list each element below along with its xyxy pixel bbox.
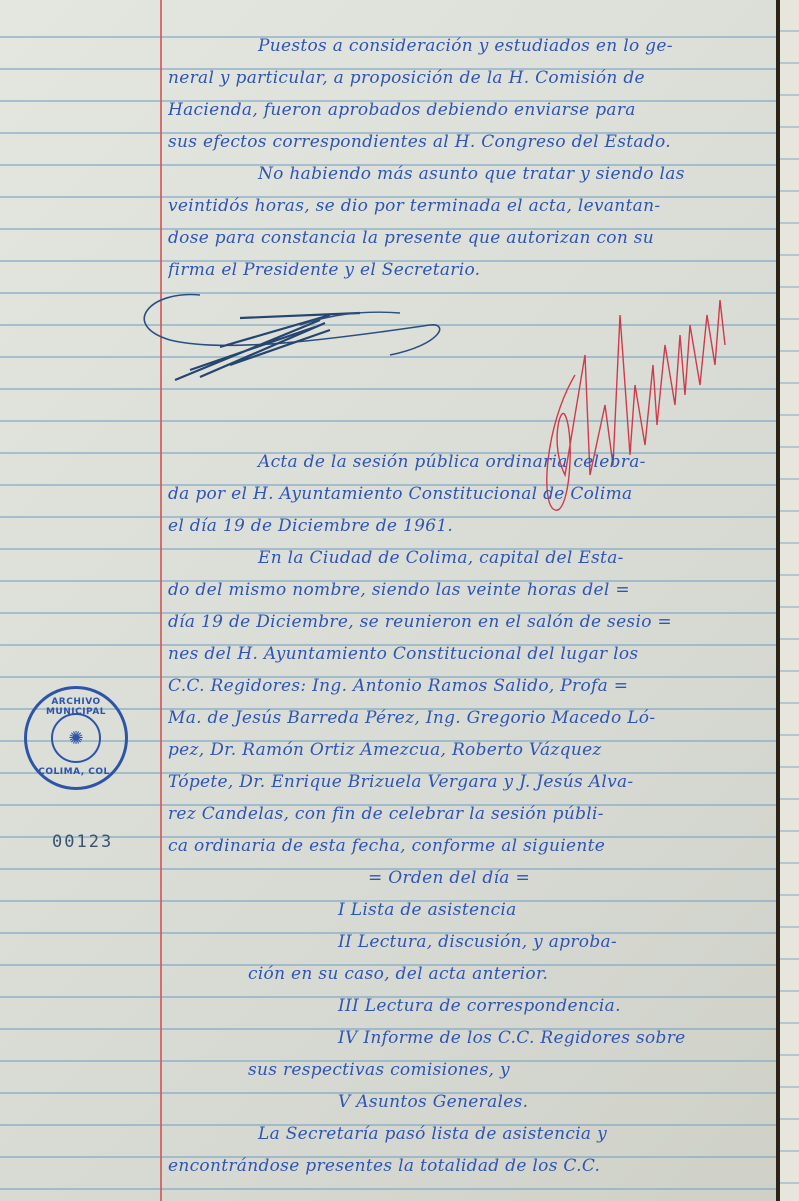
archivo-municipal-stamp: ARCHIVO MUNICIPAL ✺ COLIMA, COL.	[24, 686, 128, 790]
new-minutes-heading: Acta de la sesión pública ordinaria cele…	[168, 446, 746, 542]
agenda-item-number: I	[338, 900, 345, 920]
agenda-item: V Asuntos Generales.	[168, 1086, 746, 1118]
agenda-item-number: IV	[338, 1028, 358, 1048]
text-line: La Secretaría pasó lista de asistencia y	[168, 1118, 746, 1150]
stamp-emblem-icon: ✺	[51, 713, 101, 763]
text-line: Hacienda, fueron aprobados debiendo envi…	[168, 94, 746, 126]
text-line: Acta de la sesión pública ordinaria cele…	[168, 446, 746, 478]
stamp-top-text: ARCHIVO MUNICIPAL	[27, 697, 125, 717]
agenda-item-text: Lectura, discusión, y aproba-	[358, 932, 617, 952]
agenda-item-text: Informe de los C.C. Regidores sobre	[363, 1028, 685, 1048]
agenda-item-text: Lista de asistencia	[351, 900, 517, 920]
agenda-item-number: III	[338, 996, 359, 1016]
agenda: = Orden del día = I Lista de asistencia …	[168, 862, 746, 1182]
red-margin-line	[160, 0, 162, 1201]
text-line: do del mismo nombre, siendo las veinte h…	[168, 574, 746, 606]
ledger-page: Puestos a consideración y estudiados en …	[0, 0, 776, 1201]
text-line: firma el Presidente y el Secretario.	[168, 254, 746, 286]
agenda-item-number: V	[338, 1092, 351, 1112]
text-line: Ma. de Jesús Barreda Pérez, Ing. Gregori…	[168, 702, 746, 734]
text-line: rez Candelas, con fin de celebrar la ses…	[168, 798, 746, 830]
text-line: Puestos a consideración y estudiados en …	[168, 30, 746, 62]
text-line: nes del H. Ayuntamiento Constitucional d…	[168, 638, 746, 670]
agenda-item-text: Asuntos Generales.	[356, 1092, 528, 1112]
text-line: pez, Dr. Ramón Ortiz Amezcua, Roberto Vá…	[168, 734, 746, 766]
new-minutes-body: En la Ciudad de Colima, capital del Esta…	[168, 542, 746, 862]
folio-number: 00123	[52, 832, 113, 852]
text-line: C.C. Regidores: Ing. Antonio Ramos Salid…	[168, 670, 746, 702]
text-line: veintidós horas, se dio por terminada el…	[168, 190, 746, 222]
agenda-item: II Lectura, discusión, y aproba-	[168, 926, 746, 958]
text-line: sus efectos correspondientes al H. Congr…	[168, 126, 746, 158]
text-line: el día 19 de Diciembre de 1961.	[168, 510, 746, 542]
facing-page-edge	[780, 0, 799, 1201]
text-line: da por el H. Ayuntamiento Constitucional…	[168, 478, 746, 510]
president-signature	[130, 285, 460, 385]
text-line: En la Ciudad de Colima, capital del Esta…	[168, 542, 746, 574]
agenda-item: IV Informe de los C.C. Regidores sobre	[168, 1022, 746, 1054]
text-line: dose para constancia la presente que aut…	[168, 222, 746, 254]
agenda-item-number: II	[338, 932, 352, 952]
agenda-title: = Orden del día =	[168, 862, 746, 894]
agenda-item-text: Lectura de correspondencia.	[365, 996, 621, 1016]
text-line: encontrándose presentes la totalidad de …	[168, 1150, 746, 1182]
agenda-item: I Lista de asistencia	[168, 894, 746, 926]
agenda-item-continuation: ción en su caso, del acta anterior.	[168, 958, 746, 990]
text-line: No habiendo más asunto que tratar y sien…	[168, 158, 746, 190]
previous-minutes-closing: Puestos a consideración y estudiados en …	[168, 30, 746, 286]
emblem-glyph: ✺	[68, 728, 83, 749]
agenda-item-continuation: sus respectivas comisiones, y	[168, 1054, 746, 1086]
text-line: Tópete, Dr. Enrique Brizuela Vergara y J…	[168, 766, 746, 798]
agenda-item: III Lectura de correspondencia.	[168, 990, 746, 1022]
text-line: día 19 de Diciembre, se reunieron en el …	[168, 606, 746, 638]
text-line: ca ordinaria de esta fecha, conforme al …	[168, 830, 746, 862]
text-line: neral y particular, a proposición de la …	[168, 62, 746, 94]
stamp-bottom-text: COLIMA, COL.	[27, 767, 125, 777]
